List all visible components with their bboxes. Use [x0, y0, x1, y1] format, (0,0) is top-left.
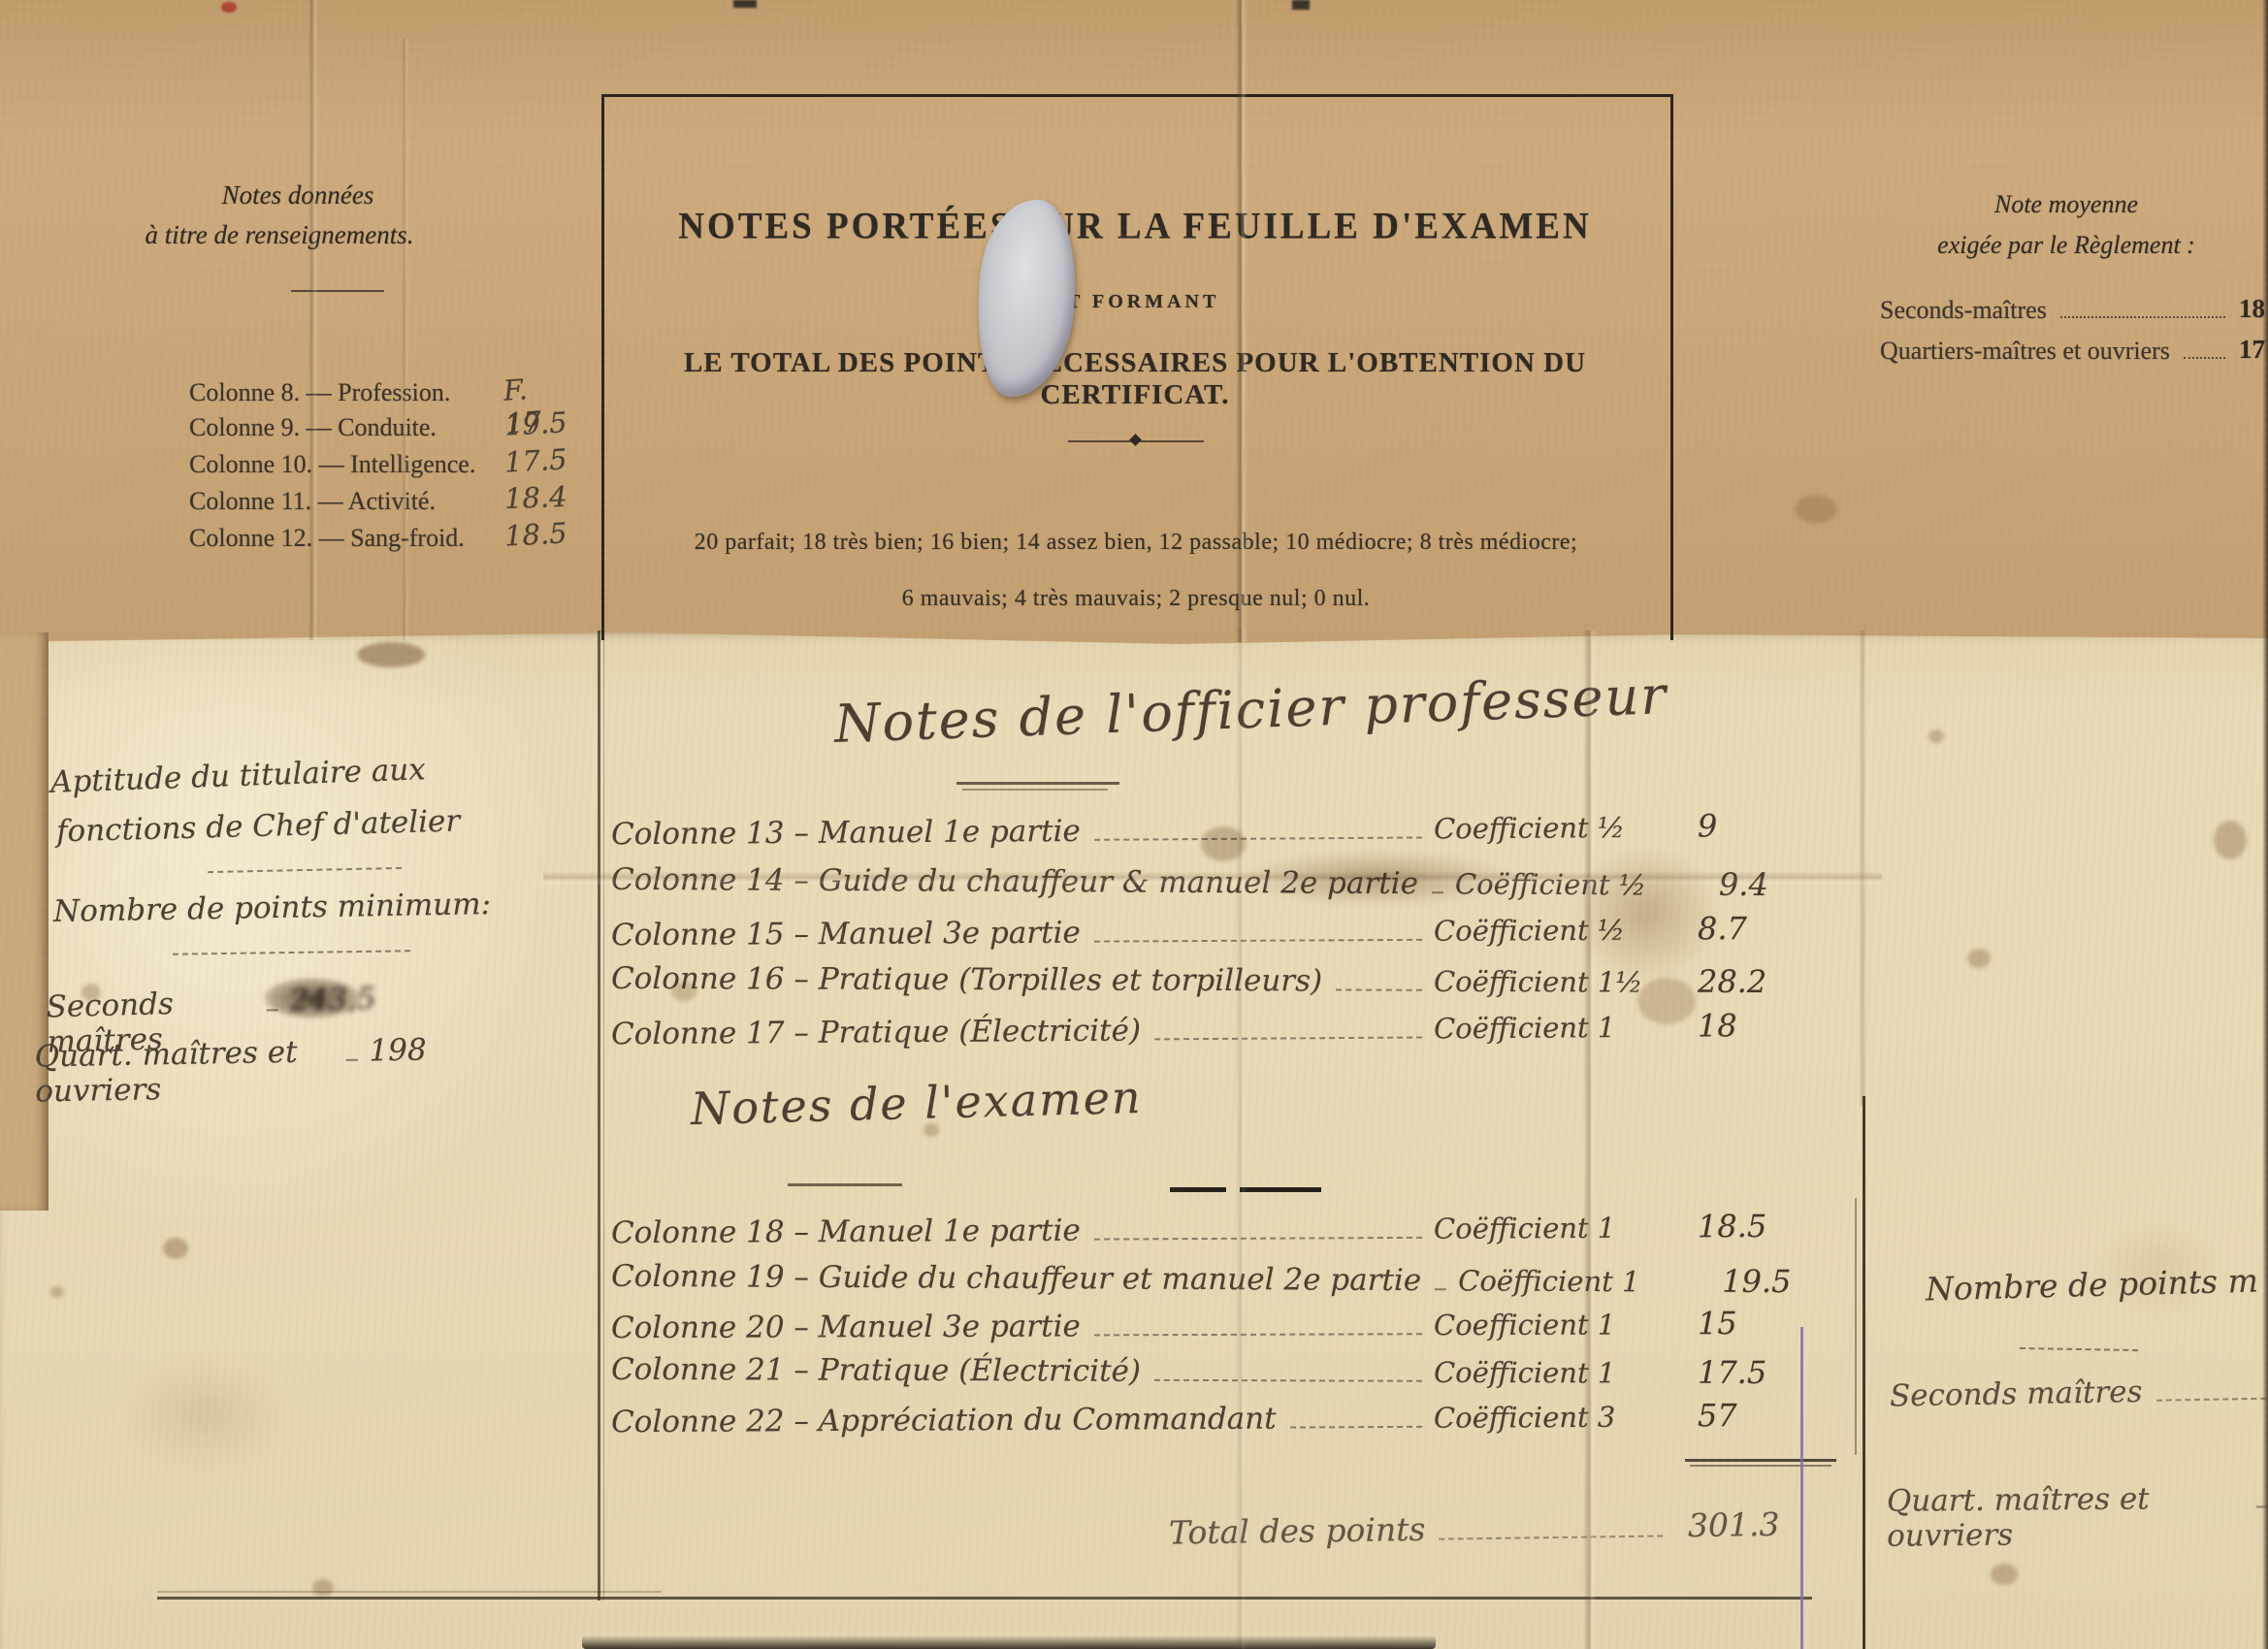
- note-row-coefficient: Coëfficient 1: [1458, 1264, 1701, 1298]
- dashed-leader: [1094, 836, 1422, 840]
- dotted-leader: [2184, 357, 2225, 359]
- note-row: Colonne 20 – Manuel 3e partie Coefficien…: [611, 1305, 1804, 1346]
- info-row-value: 19.5: [503, 405, 567, 441]
- dashed-leader: [1094, 1333, 1422, 1336]
- info-row-value: 18.5: [503, 516, 567, 552]
- info-panel-heading-line2: à titre de renseignements.: [114, 220, 444, 250]
- red-ink-mark: [221, 2, 237, 13]
- note-row-label: Colonne 14 – Guide du chauffeur & manuel…: [611, 862, 1418, 901]
- document-title-connector: ET FORMANT: [606, 291, 1664, 313]
- note-row: Colonne 14 – Guide du chauffeur & manuel…: [611, 860, 1804, 904]
- requirement-row: Quartiers-maîtres et ouvriers: [1880, 337, 2237, 366]
- note-row-label: Colonne 22 – Appréciation du Commandant: [611, 1402, 1277, 1440]
- points-row: Quart. maîtres et ouvriers: [1887, 1480, 2268, 1554]
- requirement-row-value: 17: [2239, 335, 2265, 365]
- exam-heading-underline: [788, 1183, 902, 1186]
- dashed-leader: [1094, 939, 1422, 943]
- bottom-long-rule-shadow: [157, 1591, 662, 1593]
- note-row-label: Colonne 17 – Pratique (Électricité): [611, 1013, 1141, 1051]
- info-row-label: Colonne 9. — Conduite.: [189, 413, 437, 442]
- note-row: Colonne 19 – Guide du chauffeur et manue…: [611, 1257, 1804, 1301]
- right-sheet-edge-crease: [1859, 630, 1866, 1106]
- note-row-value: 9.4: [1698, 866, 1826, 904]
- requirement-row-label: Quartiers-maîtres et ouvriers: [1880, 337, 2170, 366]
- info-row-label: Colonne 12. — Sang-froid.: [189, 524, 465, 553]
- print-fragment-rule: [1170, 1187, 1226, 1192]
- note-row: Colonne 22 – Appréciation du Commandant …: [611, 1397, 1804, 1440]
- note-row-value: 17.5: [1676, 1354, 1804, 1391]
- info-row: Colonne 8. — Profession. F. 17: [189, 378, 558, 407]
- note-row-label: Colonne 15 – Manuel 3e partie: [611, 916, 1081, 954]
- points-row-label: Quart. maîtres et ouvriers: [1887, 1481, 2244, 1554]
- total-sum-rule: [1685, 1459, 1836, 1462]
- grading-scale-line1: 20 parfait; 18 très bien; 16 bien; 14 as…: [609, 530, 1663, 556]
- info-row: Colonne 11. — Activité. 18.4: [189, 487, 558, 516]
- note-row-coefficient: Coëfficient 1: [1434, 1011, 1676, 1046]
- edge-dark-mark: [733, 0, 757, 8]
- info-row-value: 17.5: [503, 442, 567, 478]
- heading-underline-2: [962, 789, 1108, 791]
- scanned-exam-certificate-document: Notes données à titre de renseignements.…: [0, 0, 2268, 1649]
- note-row-value: 57: [1676, 1397, 1804, 1435]
- dashed-leader: [1440, 1535, 1664, 1539]
- dotted-leader: [2060, 316, 2225, 318]
- dotted-leader: [346, 1059, 358, 1061]
- total-points-value: 301.3: [1674, 1504, 1805, 1544]
- info-row-value: 18.4: [503, 480, 567, 515]
- note-row-label: Colonne 18 – Manuel 1e partie: [611, 1213, 1081, 1251]
- requirement-heading-line2: exigée par le Règlement :: [1872, 231, 2260, 260]
- points-row-label: Seconds maîtres: [1890, 1374, 2143, 1414]
- info-row-label: Colonne 8. — Profession.: [189, 378, 450, 407]
- note-row-value: 9: [1676, 807, 1804, 845]
- note-row-coefficient: Coefficient 1: [1434, 1308, 1676, 1342]
- document-title: NOTES PORTÉES SUR LA FEUILLE D'EXAMEN: [606, 205, 1664, 249]
- requirement-heading-line1: Note moyenne: [1892, 190, 2241, 219]
- note-row-coefficient: Coëfficient 1½: [1434, 965, 1676, 999]
- requirement-row: Seconds-maîtres: [1880, 296, 2237, 325]
- points-row: Seconds maîtres: [1890, 1373, 2268, 1415]
- info-panel-divider: [291, 290, 384, 292]
- note-row-value: 18: [1676, 1007, 1804, 1045]
- note-row-value: 8.7: [1676, 910, 1804, 948]
- dotted-leader: [2256, 1505, 2268, 1507]
- note-row-coefficient: Coëfficient 1: [1434, 1211, 1676, 1245]
- aptitude-row: Quart. maîtres et ouvriers 198: [34, 1032, 427, 1109]
- total-points-label: Total des points: [1169, 1510, 1426, 1552]
- info-row: Colonne 10. — Intelligence. 17.5: [189, 450, 558, 479]
- note-row: Colonne 16 – Pratique (Torpilles et torp…: [611, 959, 1804, 1001]
- info-row-label: Colonne 11. — Activité.: [189, 487, 436, 516]
- frame-right-rule-lower: [1863, 1096, 1865, 1649]
- note-row: Colonne 21 – Pratique (Électricité) Coëf…: [611, 1350, 1804, 1392]
- info-row: Colonne 9. — Conduite. 19.5: [189, 413, 558, 442]
- note-row-label: Colonne 13 – Manuel 1e partie: [611, 814, 1081, 852]
- edge-dark-mark-2: [1292, 0, 1310, 10]
- note-row-coefficient: Coëfficient ½: [1434, 913, 1676, 947]
- note-row-coefficient: Coëfficient 1: [1434, 1356, 1676, 1390]
- bottom-long-rule: [157, 1597, 1812, 1600]
- paper-highlight: [0, 640, 582, 1242]
- scan-edge-bottom: [582, 1635, 1436, 1649]
- requirement-row-value: 18: [2239, 294, 2265, 324]
- note-row-label: Colonne 20 – Manuel 3e partie: [611, 1309, 1081, 1345]
- grading-scale-line2: 6 mauvais; 4 très mauvais; 2 presque nul…: [609, 586, 1663, 612]
- dashed-leader: [1094, 1237, 1422, 1241]
- note-row-label: Colonne 16 – Pratique (Torpilles et torp…: [611, 961, 1322, 999]
- dashed-leader: [1435, 1288, 1446, 1290]
- frame-right-rule-lower-2: [1855, 1198, 1857, 1455]
- note-row-label: Colonne 21 – Pratique (Électricité): [611, 1352, 1141, 1389]
- note-row-coefficient: Coëfficient 3: [1434, 1400, 1676, 1434]
- aptitude-row-label: Quart. maîtres et ouvriers: [34, 1034, 333, 1109]
- note-row-value: 18.5: [1676, 1208, 1804, 1245]
- folded-sheet-edge: [0, 632, 49, 1211]
- aptitude-row-value-smudged: 243,5: [289, 982, 376, 1018]
- note-row-coefficient: Coefficient ½: [1434, 811, 1676, 846]
- info-row: Colonne 12. — Sang-froid. 18.5: [189, 524, 558, 553]
- frame-left-rule-lower-2: [603, 630, 604, 1600]
- document-subtitle: LE TOTAL DES POINTS NÉCESSAIRES POUR L'O…: [606, 347, 1664, 411]
- total-sum-rule-2: [1690, 1465, 1831, 1467]
- info-panel-heading-line1: Notes données: [177, 180, 419, 210]
- dotted-leader: [267, 1009, 278, 1011]
- note-row: Colonne 18 – Manuel 1e partie Coëfficien…: [611, 1208, 1804, 1251]
- print-fragment-rule-2: [1240, 1187, 1321, 1192]
- note-row-value: 15: [1676, 1305, 1804, 1342]
- note-row-value: 28.2: [1676, 963, 1804, 1000]
- note-row-value: 19.5: [1701, 1263, 1829, 1301]
- dashed-leader: [1290, 1426, 1422, 1429]
- info-row-label: Colonne 10. — Intelligence.: [189, 450, 475, 479]
- dotted-leader: [2156, 1398, 2267, 1402]
- frame-left-rule-lower: [598, 630, 600, 1600]
- note-row-label: Colonne 19 – Guide du chauffeur et manue…: [611, 1259, 1421, 1298]
- dashed-leader: [1154, 1379, 1422, 1382]
- note-row: Colonne 15 – Manuel 3e partie Coëfficien…: [611, 910, 1804, 954]
- requirement-row-label: Seconds-maîtres: [1880, 296, 2047, 325]
- aptitude-row-value: 198: [369, 1032, 427, 1068]
- heading-underline: [956, 782, 1119, 785]
- dashed-leader: [1336, 988, 1422, 990]
- note-row-coefficient: Coëfficient ½: [1455, 867, 1698, 901]
- dashed-leader: [1154, 1036, 1422, 1040]
- dashed-leader: [1432, 891, 1443, 893]
